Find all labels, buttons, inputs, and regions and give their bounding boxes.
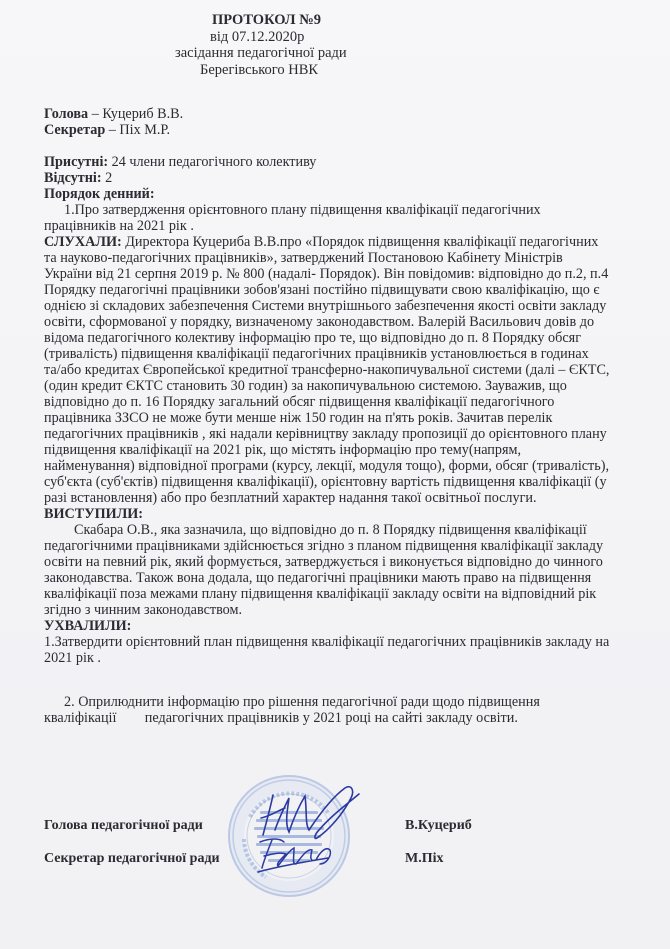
absent-value: 2 [102,170,113,186]
spoke-line: кваліфікації поза межами плану підвищенн… [44,586,634,602]
present-label: Присутні: [44,154,108,170]
heard-line: відповідно до п. 16 Порядку загальний об… [44,394,634,410]
scanned-document-page: ПРОТОКОЛ №9 від 07.12.2020р засідання пе… [0,0,670,949]
chair-value: – Куцериб В.В. [88,106,183,122]
resolution-1-line: 2021 рік . [44,650,634,666]
heard-line: України від 21 серпня 2019 р. № 800 (над… [44,266,634,282]
secretary-signature [250,832,350,877]
heard-line: працівника ЗЗСО не може бути менше ніж 1… [44,410,634,426]
heard-label: СЛУХАЛИ: [44,234,122,250]
spoke-line: Скабара О.В., яка зазначила, що відповід… [44,522,634,538]
heard-line: та/або кредитах Європейської кредитної т… [44,362,634,378]
spoke-section: Скабара О.В., яка зазначила, що відповід… [44,522,634,618]
absent-line: Відсутні: 2 [44,170,634,186]
resolution-2-line: кваліфікації педагогічних працівників у … [44,710,634,726]
chair-role: Голова педагогічної ради [44,818,203,834]
heard-line: підвищення кваліфікації на 2021 рік, що … [44,442,634,458]
protocol-title: ПРОТОКОЛ №9 [212,12,321,29]
heard-line: Директора Куцериба В.В.про «Порядок підв… [122,234,599,250]
spacer [44,666,634,682]
heard-line: освіти, сформованої у порядку, визначено… [44,314,634,330]
heard-line: відома педагогічного колективу інформаці… [44,330,634,346]
heard-line: педагогічних працівників , які надали ке… [44,426,634,442]
secretary-label: Секретар [44,122,105,138]
protocol-body: Голова – Куцериб В.В. Секретар – Піх М.Р… [44,106,634,726]
agenda-item-line: 1.Про затвердження орієнтовного плану пі… [44,202,634,218]
absent-label: Відсутні: [44,170,102,186]
present-value: 24 члени педагогічного колективу [108,154,316,170]
spacer [44,138,634,154]
secretary-value: – Піх М.Р. [105,122,170,138]
secretary-name: М.Піх [405,851,444,867]
protocol-subtitle: засідання педагогічної ради [175,45,347,62]
chair-label: Голова [44,106,88,122]
chair-name: В.Куцериб [405,818,472,834]
agenda-item-line: працівників на 2021 рік . [44,218,634,234]
heard-line: Порядку педагогічні працівники зобов'яза… [44,282,634,298]
heard-line: разі встановлення) або про безплатний ха… [44,490,634,506]
secretary-role: Секретар педагогічної ради [44,851,220,867]
heard-line: та науково-педагогічних працівників», за… [44,250,634,266]
heard-section: СЛУХАЛИ: Директора Куцериба В.В.про «Пор… [44,234,634,506]
spoke-line: законодавства. Також вона додала, що пед… [44,570,634,586]
heard-line: (тривалість) підвищення кваліфікації пед… [44,346,634,362]
heard-line: суб'єкта (суб'єктів) підвищення кваліфік… [44,474,634,490]
resolution-1-line: 1.Затвердити орієнтовний план підвищення… [44,634,634,650]
spoke-label: ВИСТУПИЛИ: [44,506,634,522]
spoke-line: згідно з чинним законодавством. [44,602,634,618]
spoke-line: освіти на певний рік, який формується, з… [44,554,634,570]
heard-line: найменування) відповідної програми (курс… [44,458,634,474]
spoke-line: педагогічними працівниками здійснюється … [44,538,634,554]
secretary-line: Секретар – Піх М.Р. [44,122,634,138]
chair-line: Голова – Куцериб В.В. [44,106,634,122]
heard-line: (один кредит ЄКТС становить 30 годин) за… [44,378,634,394]
protocol-date: від 07.12.2020р [210,29,304,46]
agenda-label: Порядок денний: [44,186,634,202]
resolved-label: УХВАЛИЛИ: [44,618,634,634]
present-line: Присутні: 24 члени педагогічного колекти… [44,154,634,170]
spacer [44,682,634,694]
school-name: Берегівського НВК [200,62,318,79]
heard-line: однією зі складових забезпечення Системи… [44,298,634,314]
resolution-2-line: 2. Оприлюднити інформацію про рішення пе… [44,694,634,710]
